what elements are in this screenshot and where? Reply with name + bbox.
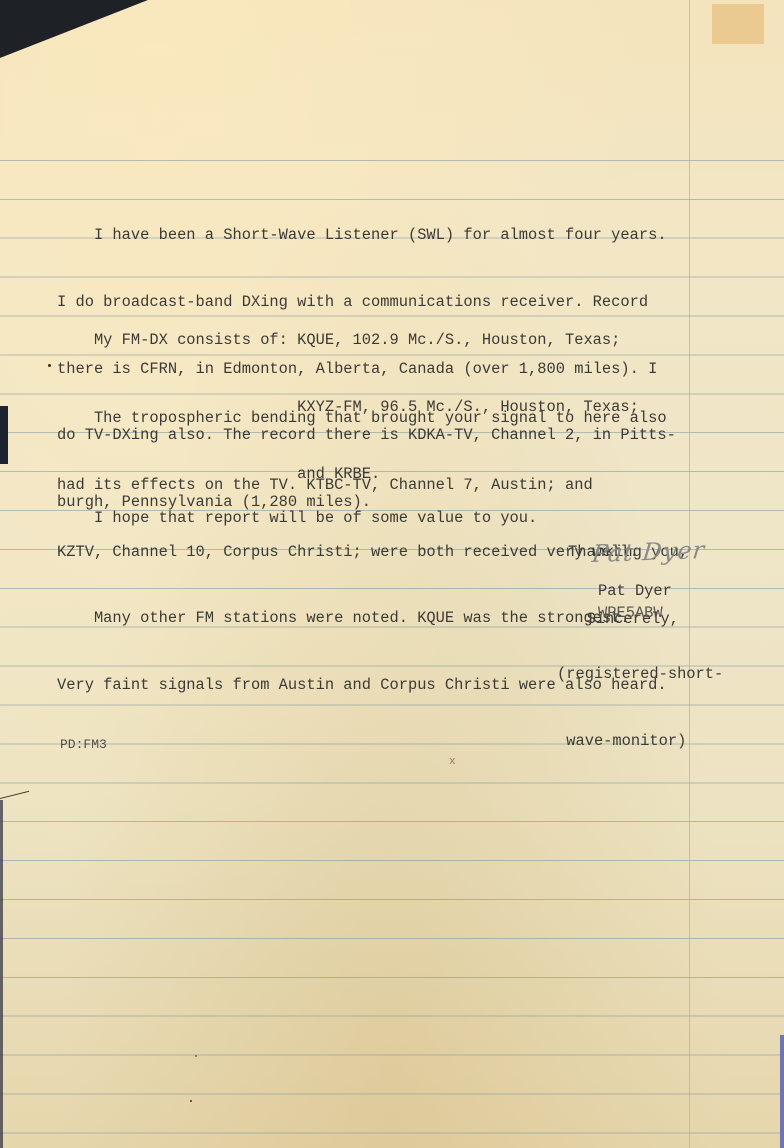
role-line: wave-monitor) xyxy=(557,730,723,752)
lined-paper: I have been a Short-Wave Listener (SWL) … xyxy=(0,0,784,1148)
handwritten-signature: Pat Dyer xyxy=(591,536,707,568)
text-line: I have been a Short-Wave Listener (SWL) … xyxy=(57,224,676,246)
signer-role: (registered-short- wave-monitor) xyxy=(557,619,723,797)
text-line: My FM-DX consists of: KQUE, 102.9 Mc./S.… xyxy=(57,329,639,351)
pencil-mark: x xyxy=(449,754,456,767)
text-line: The tropospheric bending that brought yo… xyxy=(57,407,667,429)
page-edge-shadow xyxy=(0,800,3,1148)
ink-speck xyxy=(48,364,51,367)
text-line: I hope that report will be of some value… xyxy=(57,507,537,529)
paragraph-closing-remark: I hope that report will be of some value… xyxy=(57,463,537,574)
scanned-letter-page: I have been a Short-Wave Listener (SWL) … xyxy=(0,0,784,1148)
tape-residue xyxy=(712,4,764,44)
role-line: (registered-short- xyxy=(557,663,723,685)
signer-name: Pat Dyer xyxy=(598,580,672,602)
page-edge-shadow xyxy=(0,406,8,464)
page-edge-shadow xyxy=(780,1035,784,1148)
ink-speck xyxy=(195,1055,197,1057)
ink-speck xyxy=(190,1100,192,1102)
right-margin-line xyxy=(689,0,690,1148)
reference-initials: PD:FM3 xyxy=(60,734,107,756)
